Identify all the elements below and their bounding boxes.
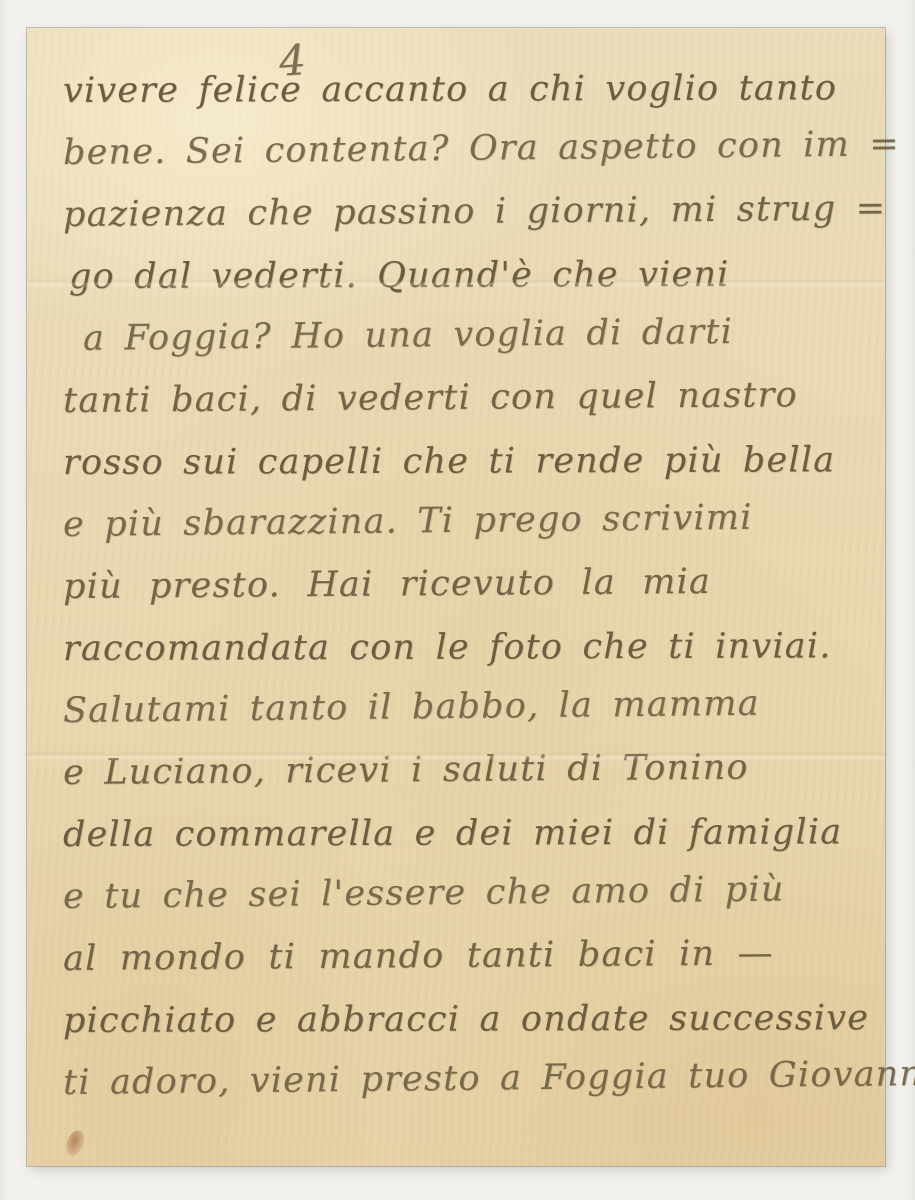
handwritten-line: pazienza che passino i giorni, mi strug … [63,178,879,246]
handwritten-line: bene. Sei contenta? Ora aspetto con im = [63,113,880,184]
handwritten-line: picchiato e abbracci a ondate successive [63,987,879,1052]
letter-page: 4 vivere felice accanto a chi voglio tan… [27,28,885,1166]
letter-body: vivere felice accanto a chi voglio tanto… [63,60,879,1114]
handwritten-line: più presto. Hai ricevuto la mia [63,550,879,618]
handwritten-line: della commarella e dei miei di famiglia [63,801,879,866]
handwritten-line: raccomandata con le foto che ti inviai. [63,615,879,680]
handwritten-line: e tu che sei l'essere che amo di più [63,857,880,928]
scan-background: 4 vivere felice accanto a chi voglio tan… [0,0,915,1200]
handwritten-line: ti adoro, vieni presto a Foggia tuo Giov… [63,1043,880,1114]
handwritten-line: rosso sui capelli che ti rende più bella [63,429,879,494]
handwritten-line: tanti baci, di vederti con quel nastro [63,364,879,432]
handwritten-line: a Foggia? Ho una voglia di darti [63,299,880,370]
handwritten-line: go dal vederti. Quand'è che vieni [63,243,879,308]
handwritten-line: e più sbarazzina. Ti prego scrivimi [63,485,880,556]
handwritten-line: e Luciano, ricevi i saluti di Tonino [63,736,879,804]
ink-stain [64,1128,86,1157]
handwritten-line: vivere felice accanto a chi voglio tanto [63,57,879,122]
handwritten-line: al mondo ti mando tanti baci in — [63,922,879,990]
handwritten-line: Salutami tanto il babbo, la mamma [63,671,880,742]
